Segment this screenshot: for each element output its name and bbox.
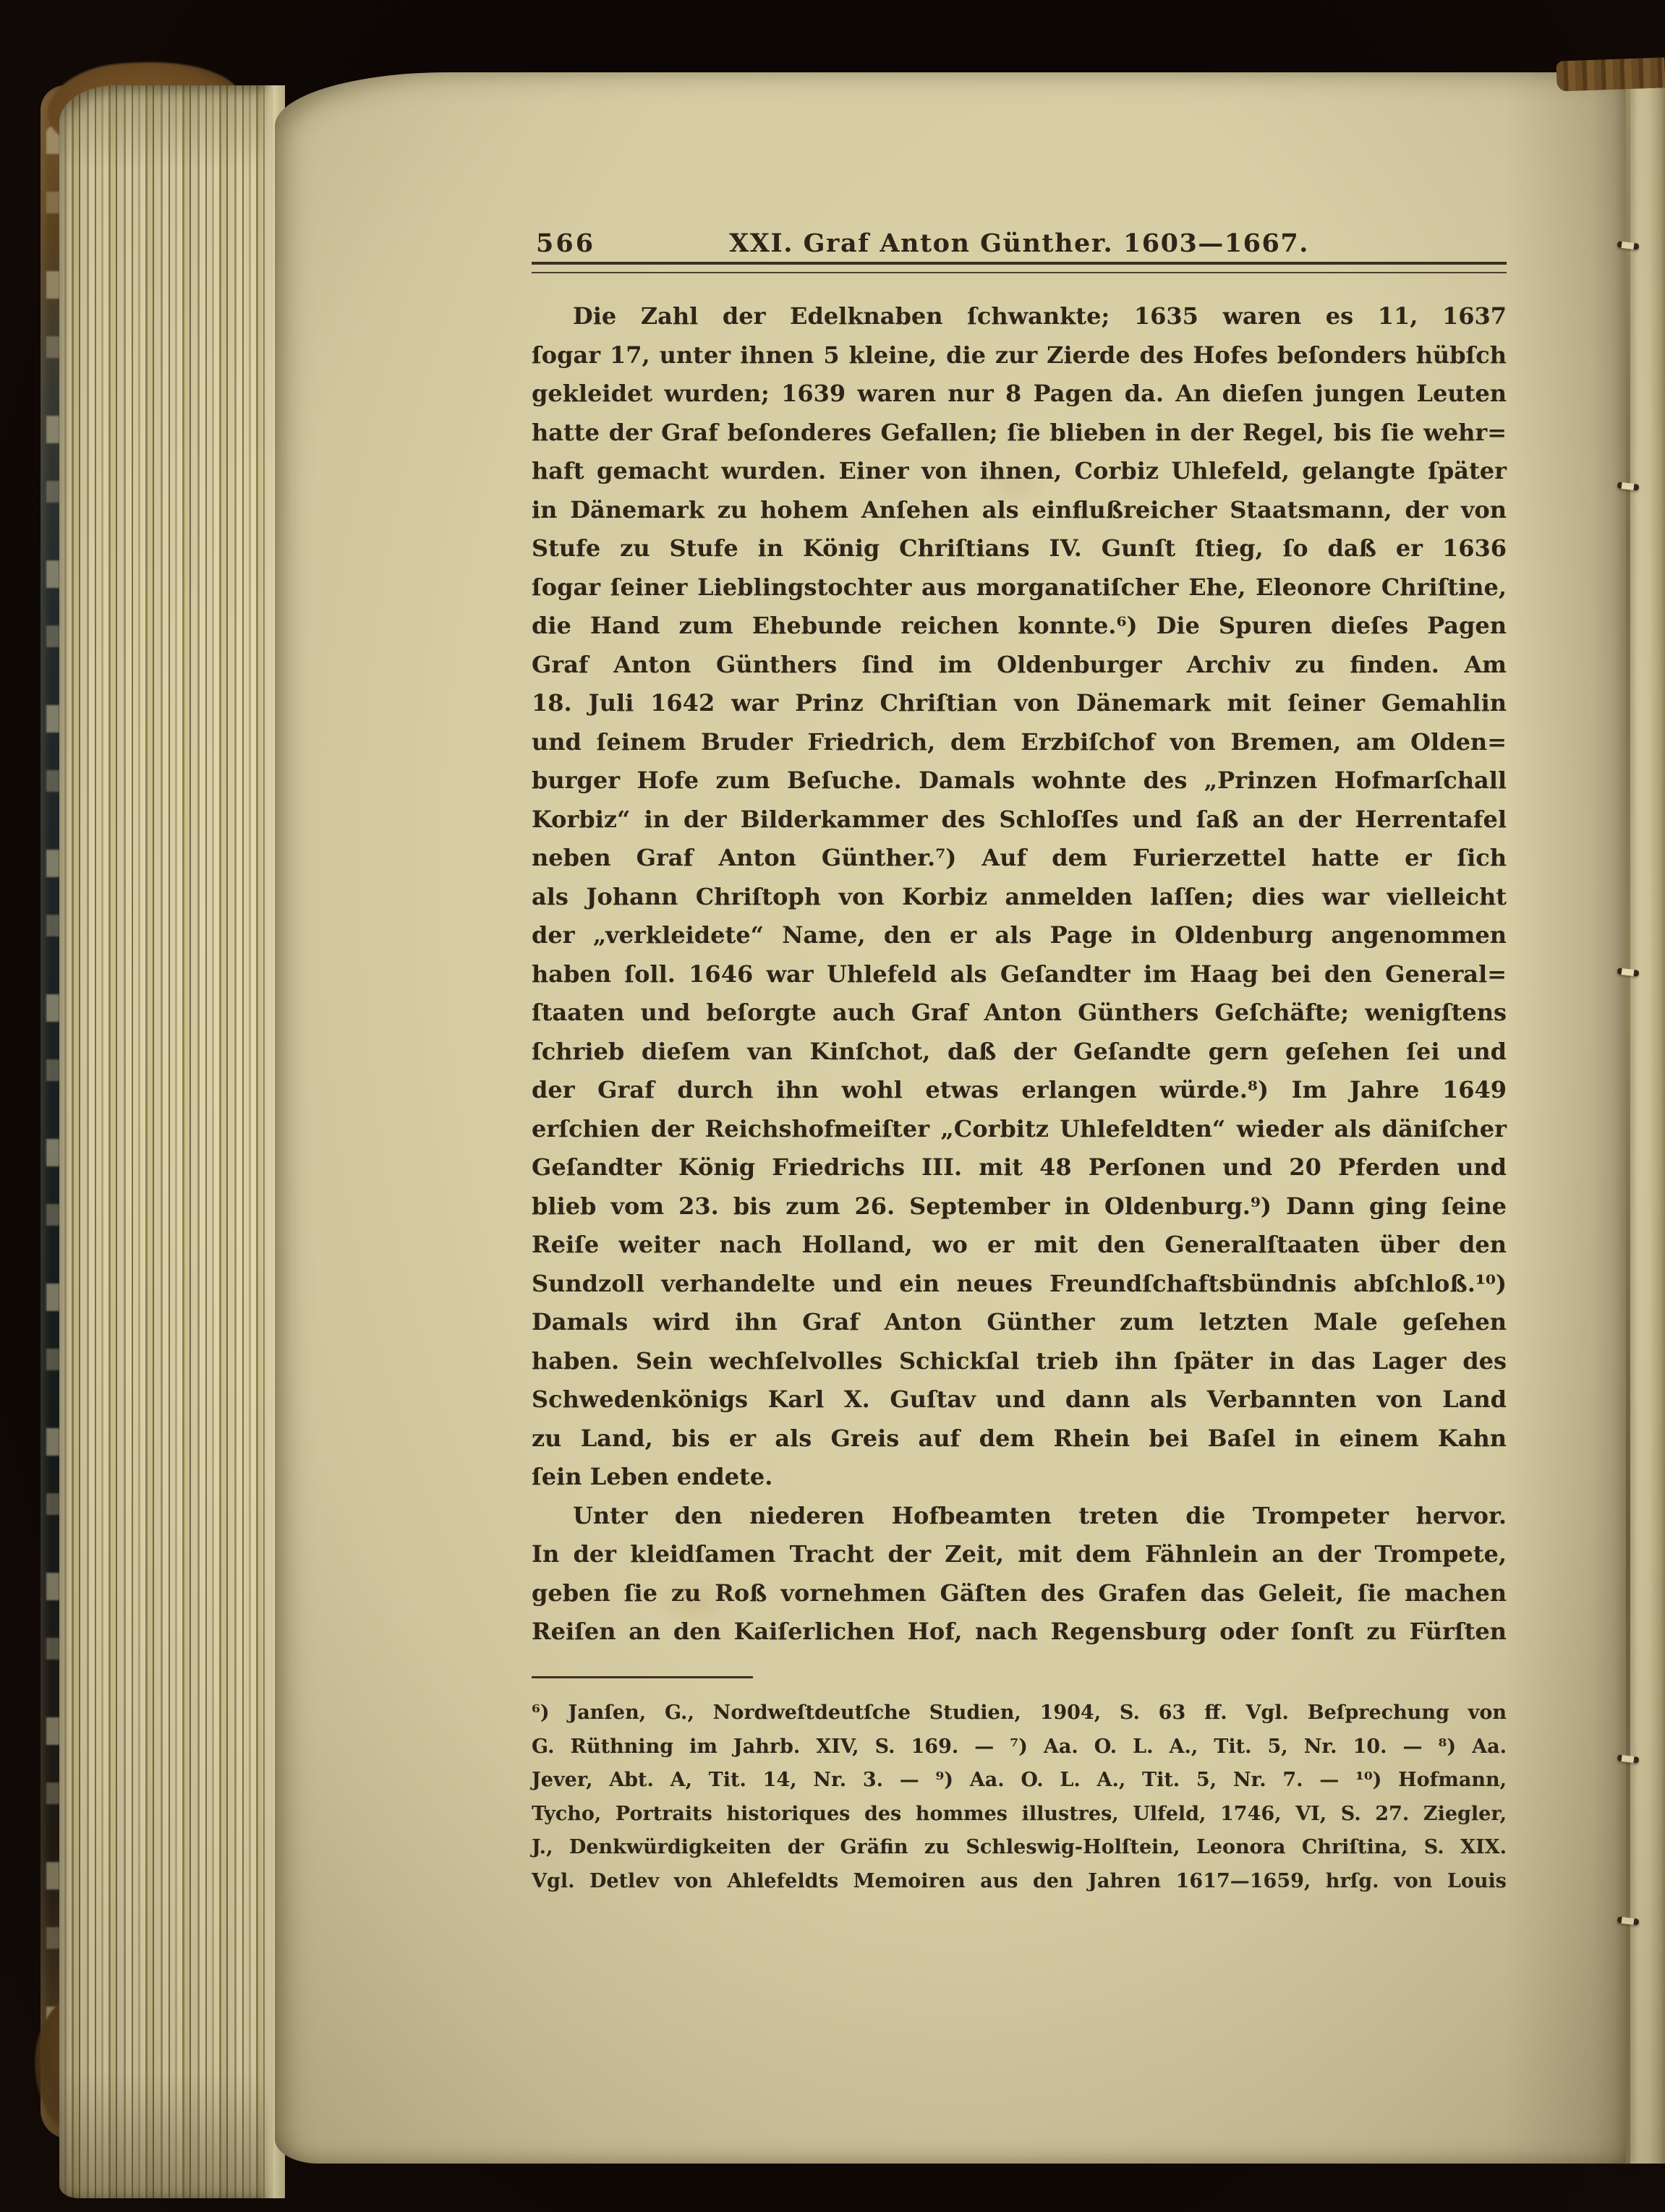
footnote-line: Tycho, Portraits historiques des hommes … bbox=[532, 1798, 1507, 1832]
text-line: der Graf durch ihn wohl etwas erlangen w… bbox=[532, 1071, 1507, 1110]
text-line: haft gemacht wurden. Einer von ihnen, Co… bbox=[532, 452, 1507, 491]
headband-top-right bbox=[1556, 57, 1665, 91]
book-photo-canvas: { "document": { "page_number": "566", "r… bbox=[0, 0, 1665, 2212]
text-line: ſtaaten und beſorgte auch Graf Anton Gün… bbox=[532, 994, 1507, 1033]
text-line: geben ſie zu Roß vornehmen Gäſten des Gr… bbox=[532, 1574, 1507, 1613]
footnote-line: Vgl. Detlev von Ahlefeldts Memoiren aus … bbox=[532, 1865, 1507, 1899]
footnote-separator bbox=[532, 1676, 753, 1678]
text-line: gekleidet wurden; 1639 waren nur 8 Pagen… bbox=[532, 375, 1507, 414]
text-line: Geſandter König Friedrichs III. mit 48 P… bbox=[532, 1148, 1507, 1187]
text-line: Reiſen an den Kaiſerlichen Hof, nach Reg… bbox=[532, 1613, 1507, 1652]
running-header-row: 566 XXI. Graf Anton Günther. 1603—1667. bbox=[532, 227, 1507, 260]
text-line: Reiſe weiter nach Holland, wo er mit den… bbox=[532, 1226, 1507, 1265]
footnote-line: Jever, Abt. A, Tit. 14, Nr. 3. — ⁹) Aa. … bbox=[532, 1764, 1507, 1798]
text-line: Schwedenkönigs Karl X. Guſtav und dann a… bbox=[532, 1380, 1507, 1419]
footnote-line: G. Rüthning im Jahrb. XIV, S. 169. — ⁷) … bbox=[532, 1730, 1507, 1764]
text-line: die Hand zum Ehebunde reichen konnte.⁶) … bbox=[532, 607, 1507, 646]
text-line: Unter den niederen Hofbeamten treten die… bbox=[532, 1497, 1507, 1536]
text-line: Korbiz“ in der Bilderkammer des Schloſſe… bbox=[532, 800, 1507, 840]
text-line: ſchrieb dieſem van Kinſchot, daß der Geſ… bbox=[532, 1033, 1507, 1072]
text-line: und ſeinem Bruder Friedrich, dem Erzbiſc… bbox=[532, 723, 1507, 762]
text-line: Sundzoll verhandelte und ein neues Freun… bbox=[532, 1265, 1507, 1304]
text-line: burger Hofe zum Beſuche. Damals wohnte d… bbox=[532, 761, 1507, 800]
text-line: Damals wird ihn Graf Anton Günther zum l… bbox=[532, 1303, 1507, 1342]
text-line: in Dänemark zu hohem Anſehen als einfluß… bbox=[532, 491, 1507, 530]
book-photo: 566 XXI. Graf Anton Günther. 1603—1667. … bbox=[0, 0, 1665, 2212]
text-line: ſein Leben endete. bbox=[532, 1458, 1507, 1497]
text-line: hatte der Graf beſonderes Gefallen; ſie … bbox=[532, 414, 1507, 453]
text-line: als Johann Chriſtoph von Korbiz anmelden… bbox=[532, 878, 1507, 917]
footnote-line: J., Denkwürdigkeiten der Gräfin zu Schle… bbox=[532, 1831, 1507, 1865]
page-number: 566 bbox=[536, 227, 595, 260]
text-line: ſogar 17, unter ihnen 5 kleine, die zur … bbox=[532, 336, 1507, 375]
footnotes: ⁶) Janſen, G., Nordweſtdeutſche Studien,… bbox=[532, 1696, 1507, 1898]
running-header: XXI. Graf Anton Günther. 1603—1667. bbox=[729, 229, 1309, 258]
text-line: Die Zahl der Edelknaben ſchwankte; 1635 … bbox=[532, 297, 1507, 336]
text-line: haben ſoll. 1646 war Uhlefeld als Geſand… bbox=[532, 955, 1507, 994]
text-line: Stufe zu Stufe in König Chriſtians IV. G… bbox=[532, 529, 1507, 568]
body-text: Die Zahl der Edelknaben ſchwankte; 1635 … bbox=[532, 297, 1507, 1652]
text-line: zu Land, bis er als Greis auf dem Rhein … bbox=[532, 1419, 1507, 1459]
text-line: ſogar ſeiner Lieblingstochter aus morgan… bbox=[532, 568, 1507, 607]
text-line: blieb vom 23. bis zum 26. September in O… bbox=[532, 1187, 1507, 1226]
text-line: 18. Juli 1642 war Prinz Chriſtian von Dä… bbox=[532, 684, 1507, 723]
text-line: In der kleidſamen Tracht der Zeit, mit d… bbox=[532, 1535, 1507, 1574]
footnote-line: ⁶) Janſen, G., Nordweſtdeutſche Studien,… bbox=[532, 1696, 1507, 1730]
text-line: neben Graf Anton Günther.⁷) Auf dem Furi… bbox=[532, 839, 1507, 878]
text-line: Graf Anton Günthers ſind im Oldenburger … bbox=[532, 646, 1507, 685]
page-text-layer: 566 XXI. Graf Anton Günther. 1603—1667. … bbox=[0, 0, 1665, 2212]
text-line: haben. Sein wechſelvolles Schickſal trie… bbox=[532, 1342, 1507, 1381]
text-line: der „verkleidete“ Name, den er als Page … bbox=[532, 916, 1507, 955]
header-rule bbox=[532, 262, 1507, 273]
text-line: erſchien der Reichshofmeiſter „Corbitz U… bbox=[532, 1110, 1507, 1149]
